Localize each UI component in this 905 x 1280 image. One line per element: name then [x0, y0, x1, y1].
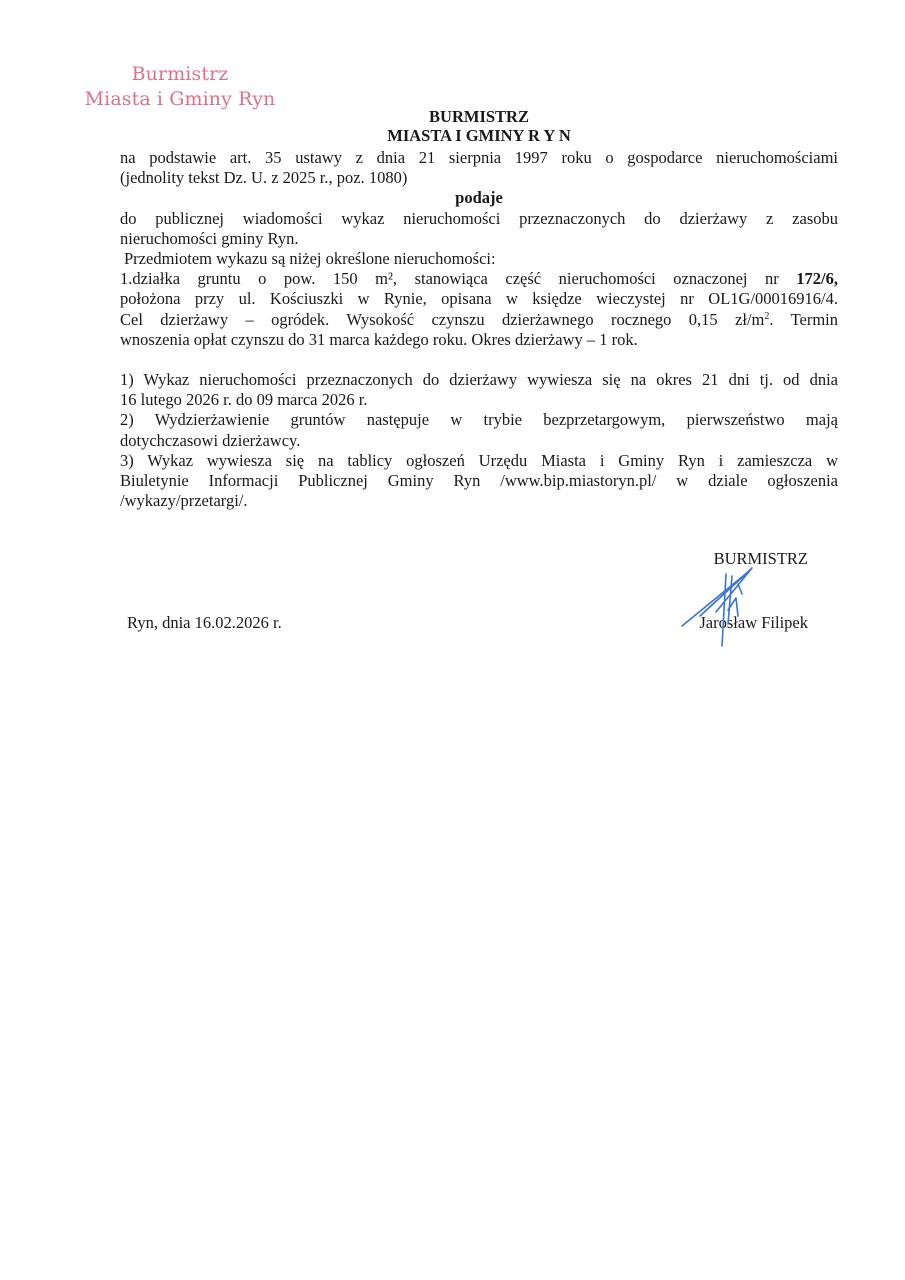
document-title-line-2: MIASTA I GMINY R Y N	[120, 126, 838, 146]
note-1-line-1: 1) Wykaz nieruchomości przeznaczonych do…	[120, 370, 838, 390]
preamble-line-2: (jednolity tekst Dz. U. z 2025 r., poz. …	[120, 168, 838, 188]
signature-block: BURMISTRZ Jarosław Filipek	[648, 549, 808, 649]
handwritten-signature-icon	[678, 554, 778, 654]
note-3-line-3: /wykazy/przetargi/.	[120, 491, 838, 511]
property-line-3: Cel dzierżawy – ogródek. Wysokość czynsz…	[120, 310, 838, 330]
preamble-line-1: na podstawie art. 35 ustawy z dnia 21 si…	[120, 148, 838, 168]
note-3-line-2: Biuletynie Informacji Publicznej Gminy R…	[120, 471, 838, 491]
property-line-1: 1.działka gruntu o pow. 150 m², stanowią…	[120, 269, 838, 289]
note-2-line-2: dotychczasowi dzierżawcy.	[120, 431, 838, 451]
note-2-line-1: 2) Wydzierżawienie gruntów następuje w t…	[120, 410, 838, 430]
note-3-line-1: 3) Wykaz wywiesza się na tablicy ogłosze…	[120, 451, 838, 471]
official-stamp: Burmistrz Miasta i Gminy Ryn	[80, 62, 280, 112]
announcement-line-2: nieruchomości gminy Ryn.	[120, 229, 838, 249]
document-title-line-1: BURMISTRZ	[120, 107, 838, 127]
parcel-number: 172/6,	[796, 269, 838, 288]
property-line-3-end: . Termin	[769, 310, 838, 329]
property-line-2: położona przy ul. Kościuszki w Rynie, op…	[120, 289, 838, 309]
place-and-date: Ryn, dnia 16.02.2026 r.	[127, 613, 282, 633]
subject-intro: Przedmiotem wykazu są niżej określone ni…	[120, 249, 838, 269]
property-line-3-text: Cel dzierżawy – ogródek. Wysokość czynsz…	[120, 310, 764, 329]
announcement-line-1: do publicznej wiadomości wykaz nieruchom…	[120, 209, 838, 229]
note-1-line-2: 16 lutego 2026 r. do 09 marca 2026 r.	[120, 390, 838, 410]
property-line-1-text: 1.działka gruntu o pow. 150 m², stanowią…	[120, 269, 796, 288]
property-line-4: wnoszenia opłat czynszu do 31 marca każd…	[120, 330, 838, 350]
podaje-heading: podaje	[120, 188, 838, 208]
document-body: na podstawie art. 35 ustawy z dnia 21 si…	[120, 148, 838, 511]
stamp-line-1: Burmistrz	[80, 62, 280, 87]
